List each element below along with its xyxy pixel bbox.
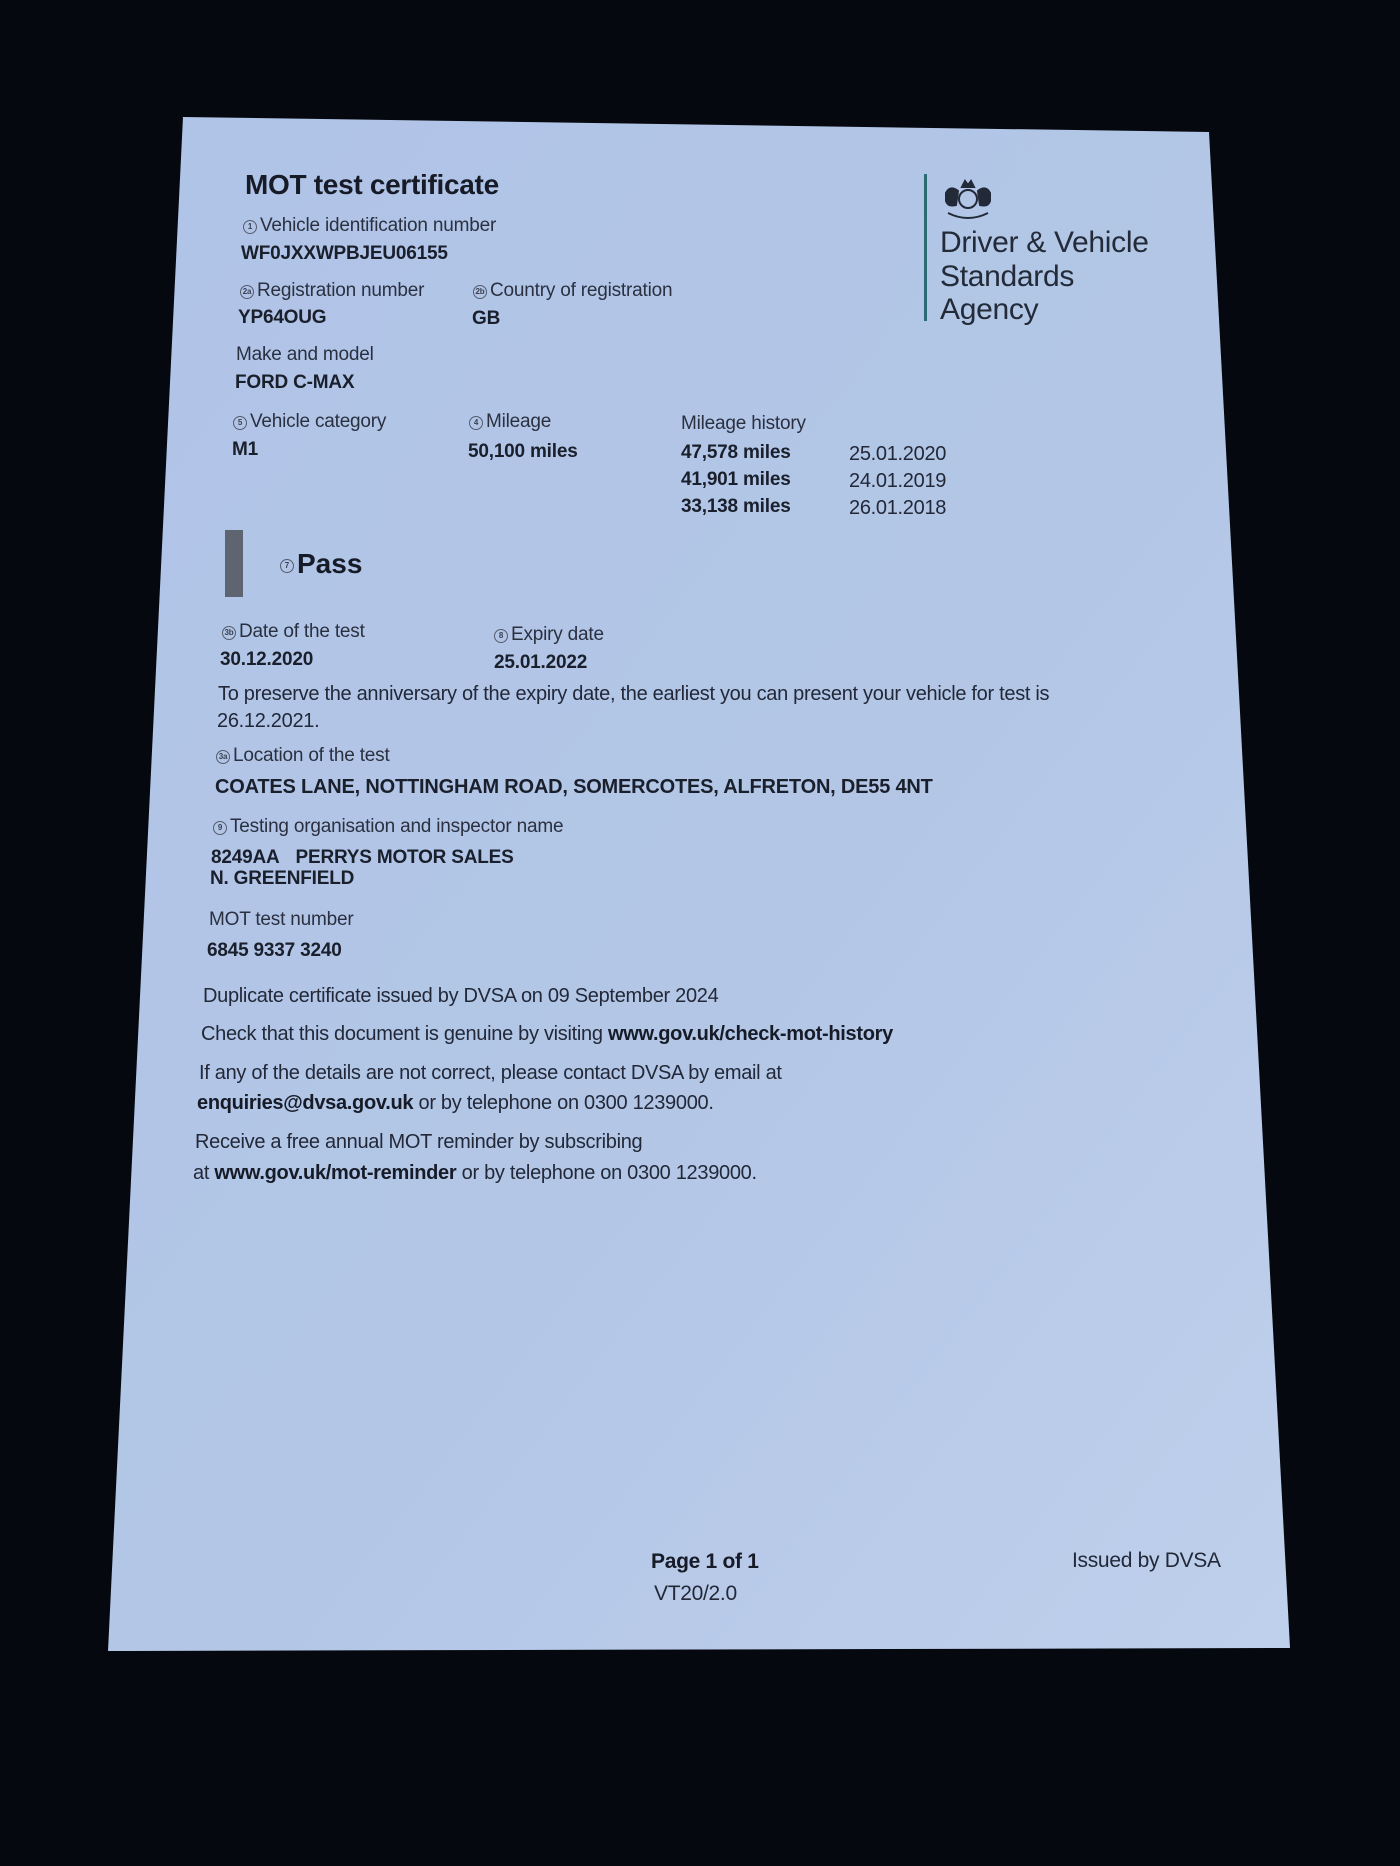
test-date-label: 3bDate of the test — [222, 622, 365, 641]
expiry-date-value: 25.01.2022 — [494, 653, 587, 672]
org-code: 8249AA — [211, 847, 280, 868]
mileage-history-miles: 41,901 miles — [681, 470, 791, 489]
location-value: COATES LANE, NOTTINGHAM ROAD, SOMERCOTES… — [215, 777, 933, 797]
make-model-value: FORD C-MAX — [235, 373, 354, 392]
mileage-history-date: 24.01.2019 — [849, 471, 946, 491]
category-label: 5Vehicle category — [233, 412, 386, 431]
mileage-history-miles: 47,578 miles — [681, 443, 791, 462]
mileage-history-miles: 33,138 miles — [681, 497, 791, 516]
result: 7Pass — [280, 550, 362, 578]
form-code: VT20/2.0 — [654, 1583, 737, 1604]
field-marker-icon: 8 — [494, 629, 508, 643]
field-marker-icon: 2b — [473, 285, 487, 299]
test-date-value: 30.12.2020 — [220, 650, 313, 669]
field-marker-icon: 4 — [469, 416, 483, 430]
vin-label: 1Vehicle identification number — [243, 216, 496, 235]
page-number: Page 1 of 1 — [651, 1551, 759, 1572]
field-marker-icon: 1 — [243, 220, 257, 234]
country-value: GB — [472, 309, 500, 328]
check-mot-history-link[interactable]: www.gov.uk/check-mot-history — [608, 1023, 893, 1045]
inspector-name: N. GREENFIELD — [210, 869, 354, 888]
test-number-value: 6845 9337 3240 — [207, 941, 342, 960]
make-model-label: Make and model — [236, 345, 374, 364]
anniversary-note-line-2: 26.12.2021. — [217, 711, 319, 731]
vin-value: WF0JXXWPBJEU06155 — [241, 244, 448, 263]
logo-line-1: Driver & Vehicle — [940, 226, 1149, 260]
reminder-note-line-1: Receive a free annual MOT reminder by su… — [195, 1132, 642, 1152]
mileage-history-date: 25.01.2020 — [849, 444, 946, 464]
registration-value: YP64OUG — [238, 308, 326, 327]
field-marker-icon: 3a — [216, 750, 230, 764]
contact-note-line-1: If any of the details are not correct, p… — [199, 1063, 782, 1083]
testing-org-label: 9Testing organisation and inspector name — [213, 817, 563, 836]
issuer-logo-text: Driver & Vehicle Standards Agency — [940, 226, 1149, 327]
category-value: M1 — [232, 440, 258, 459]
contact-note-line-2: enquiries@dvsa.gov.uk or by telephone on… — [197, 1093, 714, 1113]
logo-line-3: Agency — [940, 293, 1149, 327]
royal-coat-of-arms-icon — [938, 175, 998, 223]
field-marker-icon: 3b — [222, 626, 236, 640]
reminder-note-line-2: at www.gov.uk/mot-reminder or by telepho… — [193, 1163, 757, 1183]
org-name: PERRYS MOTOR SALES — [296, 847, 514, 868]
check-note: Check that this document is genuine by v… — [201, 1024, 893, 1044]
result-bar — [225, 530, 243, 597]
field-marker-icon: 2a — [240, 285, 254, 299]
duplicate-note: Duplicate certificate issued by DVSA on … — [203, 986, 718, 1006]
mileage-value: 50,100 miles — [468, 442, 578, 461]
field-marker-icon: 7 — [280, 559, 294, 573]
mileage-history-date: 26.01.2018 — [849, 498, 946, 518]
field-marker-icon: 5 — [233, 416, 247, 430]
mileage-history-label: Mileage history — [681, 414, 806, 433]
page-title: MOT test certificate — [245, 171, 499, 199]
field-marker-icon: 9 — [213, 821, 227, 835]
mileage-label: 4Mileage — [469, 412, 551, 431]
result-value: Pass — [297, 548, 362, 579]
registration-label: 2aRegistration number — [240, 281, 424, 300]
issued-by: Issued by DVSA — [1072, 1550, 1221, 1571]
logo-divider — [924, 174, 927, 321]
anniversary-note-line-1: To preserve the anniversary of the expir… — [218, 684, 1049, 704]
country-label: 2bCountry of registration — [473, 281, 672, 300]
logo-line-2: Standards — [940, 260, 1149, 294]
mot-reminder-link[interactable]: www.gov.uk/mot-reminder — [214, 1162, 456, 1184]
testing-org-value: 8249AAPERRYS MOTOR SALES — [211, 848, 514, 867]
test-number-label: MOT test number — [209, 910, 353, 929]
location-label: 3aLocation of the test — [216, 746, 390, 765]
expiry-date-label: 8Expiry date — [494, 625, 604, 644]
contact-email-link[interactable]: enquiries@dvsa.gov.uk — [197, 1092, 413, 1114]
